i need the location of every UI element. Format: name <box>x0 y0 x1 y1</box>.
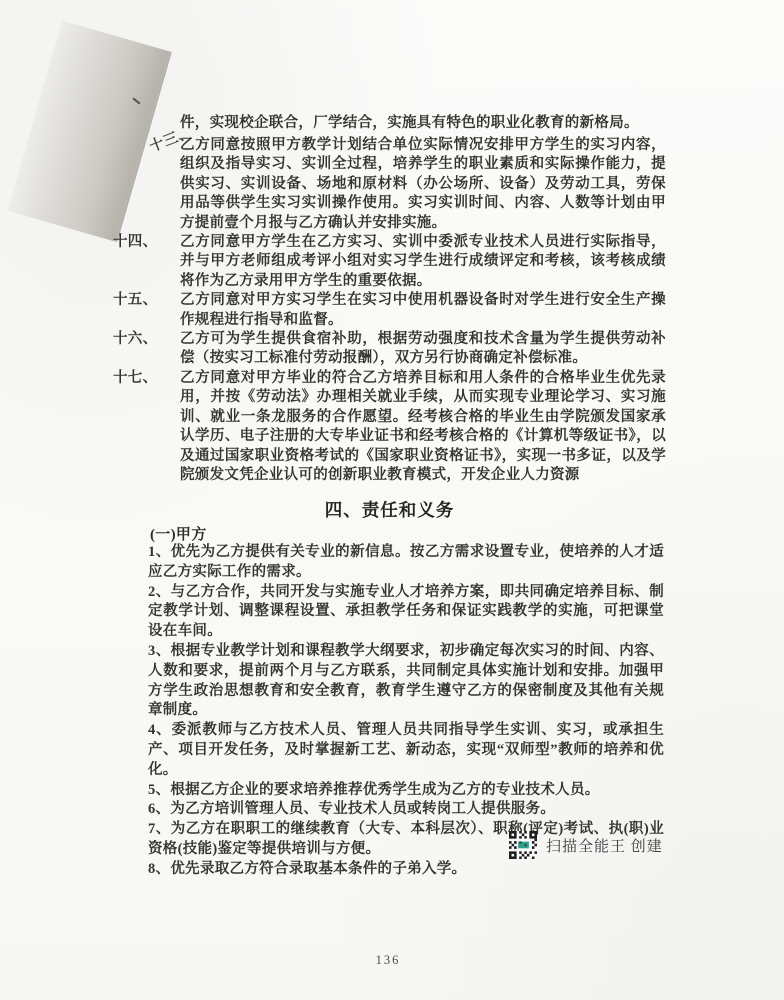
clause-16: 十六、 乙方可为学生提供食宿补助，根据劳动强度和技术含量为学生提供劳动补偿（按实… <box>113 330 666 369</box>
item-8: 8、优先录取乙方符合录取基本条件的子弟入学。 <box>148 860 664 880</box>
qr-code-icon <box>509 831 537 859</box>
clause-13: 十三、 乙方同意按照甲方教学计划结合单位实际情况安排甲方学生的实习内容，组织及指… <box>113 136 666 233</box>
clause-15: 十五、 乙方同意对甲方实习学生在实习中使用机器设备时对学生进行安全生产操作规程进… <box>113 291 666 330</box>
clause-14: 十四、 乙方同意甲方学生在乙方实习、实训中委派专业技术人员进行实际指导，并与甲方… <box>113 233 666 291</box>
clause-list: 十三、 乙方同意按照甲方教学计划结合单位实际情况安排甲方学生的实习内容，组织及指… <box>113 136 666 485</box>
clause-13-text: 乙方同意按照甲方教学计划结合单位实际情况安排甲方学生的实习内容，组织及指导实习、… <box>180 137 666 231</box>
item-2: 2、与乙方合作，共同开发与实施专业人才培养方案，即共同确定培养目标、制定教学计划… <box>148 583 664 642</box>
clause-15-number: 十五、 <box>113 291 157 310</box>
section-heading: 四、责任和义务 <box>113 497 666 522</box>
item-6: 6、为乙方培训管理人员、专业技术人员或转岗工人提供服务。 <box>148 800 664 820</box>
item-1: 1、优先为乙方提供有关专业的新信息。按乙方需求设置专业，使培养的人才适应乙方实际… <box>148 543 664 583</box>
subsection-heading: (一)甲方 <box>150 523 207 544</box>
clause-14-text: 乙方同意甲方学生在乙方实习、实训中委派专业技术人员进行实际指导，并与甲方老师组成… <box>180 234 666 289</box>
clause-17: 十七、 乙方同意对甲方毕业的符合乙方培养目标和用人条件的合格毕业生优先录用，并按… <box>113 369 666 485</box>
item-4: 4、委派教师与乙方技术人员、管理人员共同指导学生实训、实习，或承担生产、项目开发… <box>148 721 664 780</box>
clause-15-text: 乙方同意对甲方实习学生在实习中使用机器设备时对学生进行安全生产操作规程进行指导和… <box>180 292 666 327</box>
clause-17-number: 十七、 <box>113 369 157 388</box>
camscanner-watermark-text: 扫描全能王 创建 <box>546 835 663 856</box>
clause-16-number: 十六、 <box>113 330 157 349</box>
page-number: 136 <box>352 953 424 968</box>
clause-12-continuation: 件，实现校企联合，厂学结合，实施具有特色的职业化教育的新格局。 <box>180 114 666 134</box>
item-3: 3、根据专业教学计划和课程教学大纲要求，初步确定每次实习的时间、内容、人数和要求… <box>148 642 664 721</box>
scanned-page: 件，实现校企联合，厂学结合，实施具有特色的职业化教育的新格局。 十三、 乙方同意… <box>0 0 784 1000</box>
camscanner-watermark: 扫描全能王 创建 <box>509 830 663 860</box>
item-5: 5、根据乙方企业的要求培养推荐优秀学生成为乙方的专业技术人员。 <box>148 781 664 801</box>
clause-17-text: 乙方同意对甲方毕业的符合乙方培养目标和用人条件的合格毕业生优先录用，并按《劳动法… <box>180 370 666 483</box>
clause-14-number: 十四、 <box>113 233 157 252</box>
clause-16-text: 乙方可为学生提供食宿补助，根据劳动强度和技术含量为学生提供劳动补偿（按实习工标准… <box>180 331 666 366</box>
